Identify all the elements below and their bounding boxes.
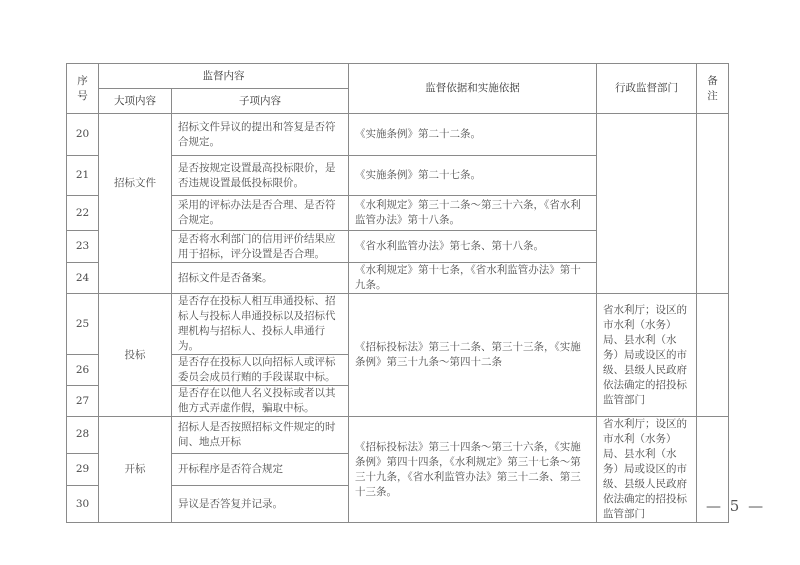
- sub-item-cell: 采用的评标办法是否合理、是否符合规定。: [172, 196, 349, 231]
- sub-item-cell: 是否存在投标人以向招标人或评标委员会成员行贿的手段谋取中标。: [172, 355, 349, 386]
- header-department: 行政监督部门: [597, 64, 697, 114]
- sub-item-cell: 异议是否答复并记录。: [172, 486, 349, 523]
- header-remarks: 备注: [697, 64, 729, 114]
- basis-cell: 《招标投标法》第三十二条、第三十三条，《实施条例》第三十九条～第四十二条: [349, 294, 597, 417]
- row-seq: 30: [67, 486, 99, 523]
- sub-item-cell: 是否存在投标人相互串通投标、招标人与投标人串通投标以及招标代理机构与招标人、投标…: [172, 294, 349, 355]
- row-seq: 22: [67, 196, 99, 231]
- row-seq: 24: [67, 263, 99, 294]
- basis-cell: 《实施条例》第二十七条。: [349, 156, 597, 196]
- header-basis: 监督依据和实施依据: [349, 64, 597, 114]
- sub-item-cell: 开标程序是否符合规定: [172, 453, 349, 486]
- sub-item-cell: 招标文件是否备案。: [172, 263, 349, 294]
- row-seq: 25: [67, 294, 99, 355]
- table-row: 25 投标 是否存在投标人相互串通投标、招标人与投标人串通投标以及招标代理机构与…: [67, 294, 729, 355]
- sub-item-cell: 是否将水利部门的信用评价结果应用于招标，评分设置是否合理。: [172, 231, 349, 263]
- table-row: 20 招标文件 招标文件异议的提出和答复是否符合规定。 《实施条例》第二十二条。: [67, 114, 729, 156]
- row-seq: 20: [67, 114, 99, 156]
- basis-cell: 《实施条例》第二十二条。: [349, 114, 597, 156]
- row-seq: 26: [67, 355, 99, 386]
- remarks-cell: [697, 114, 729, 294]
- header-seq: 序号: [67, 64, 99, 114]
- basis-cell: 《水利规定》第十七条，《省水利监管办法》第十九条。: [349, 263, 597, 294]
- header-supervision-content: 监督内容: [99, 64, 349, 89]
- department-cell: [597, 114, 697, 294]
- table-row: 28 开标 招标人是否按照招标文件规定的时间、地点开标 《招标投标法》第三十四条…: [67, 417, 729, 454]
- sub-item-cell: 招标文件异议的提出和答复是否符合规定。: [172, 114, 349, 156]
- header-major-item: 大项内容: [99, 89, 172, 114]
- row-seq: 23: [67, 231, 99, 263]
- department-cell: 省水利厅；设区的市水利（水务）局、县水利（水务）局或设区的市级、县级人民政府依法…: [597, 294, 697, 417]
- basis-cell: 《水利规定》第三十二条～第三十六条，《省水利监管办法》第十八条。: [349, 196, 597, 231]
- sub-item-cell: 是否存在以他人名义投标或者以其他方式弄虚作假，骗取中标。: [172, 386, 349, 417]
- supervision-table: 序号 监督内容 监督依据和实施依据 行政监督部门 备注 大项内容 子项内容 20…: [66, 63, 729, 523]
- remarks-cell: [697, 294, 729, 417]
- row-seq: 21: [67, 156, 99, 196]
- department-cell: 省水利厅；设区的市水利（水务）局、县水利（水务）局或设区的市级、县级人民政府依法…: [597, 417, 697, 523]
- basis-cell: 《省水利监管办法》第七条、第十八条。: [349, 231, 597, 263]
- major-item-cell: 招标文件: [99, 114, 172, 294]
- major-item-cell: 开标: [99, 417, 172, 523]
- basis-cell: 《招标投标法》第三十四条～第三十六条，《实施条例》第四十四条，《水利规定》第三十…: [349, 417, 597, 523]
- sub-item-cell: 招标人是否按照招标文件规定的时间、地点开标: [172, 417, 349, 454]
- row-seq: 29: [67, 453, 99, 486]
- row-seq: 28: [67, 417, 99, 454]
- page-number: — 5 —: [706, 497, 765, 515]
- row-seq: 27: [67, 386, 99, 417]
- major-item-cell: 投标: [99, 294, 172, 417]
- document-page: 序号 监督内容 监督依据和实施依据 行政监督部门 备注 大项内容 子项内容 20…: [0, 0, 800, 565]
- sub-item-cell: 是否按规定设置最高投标限价，是否违规设置最低投标限价。: [172, 156, 349, 196]
- header-sub-item: 子项内容: [172, 89, 349, 114]
